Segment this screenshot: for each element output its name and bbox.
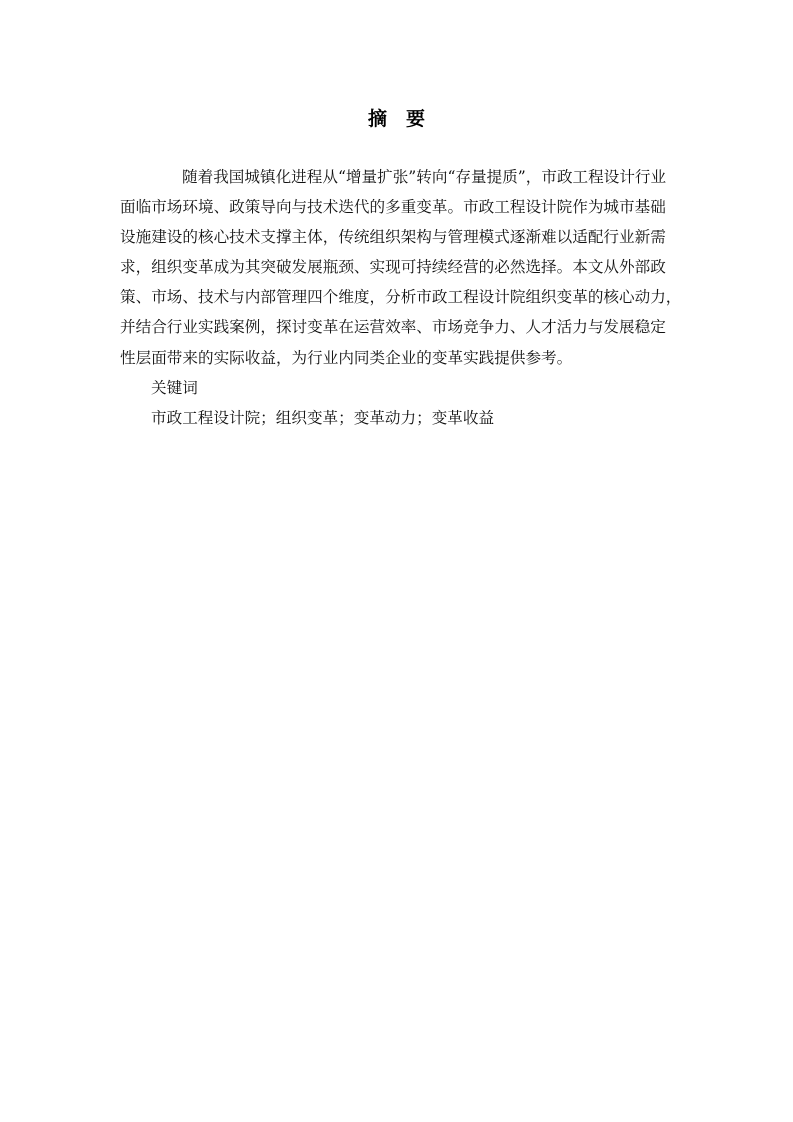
title-char-2: 要	[406, 104, 425, 131]
abstract-line-6: 并结合行业实践案例，探讨变革在运营效率、市场竞争力、人才活力与发展稳定	[120, 312, 685, 342]
abstract-title: 摘要	[0, 104, 793, 131]
abstract-line-4: 求，组织变革成为其突破发展瓶颈、实现可持续经营的必然选择。本文从外部政	[120, 252, 685, 282]
abstract-line-2: 面临市场环境、政策导向与技术迭代的多重变革。市政工程设计院作为城市基础	[120, 192, 685, 222]
abstract-line-7: 性层面带来的实际收益，为行业内同类企业的变革实践提供参考。	[120, 343, 685, 373]
keywords-label: 关键词	[120, 373, 685, 403]
keywords-list: 市政工程设计院；组织变革；变革动力；变革收益	[120, 403, 685, 433]
abstract-body: 随着我国城镇化进程从“增量扩张”转向“存量提质”，市政工程设计行业 面临市场环境…	[120, 162, 685, 433]
abstract-line-3: 设施建设的核心技术支撑主体，传统组织架构与管理模式逐渐难以适配行业新需	[120, 222, 685, 252]
abstract-line-5: 策、市场、技术与内部管理四个维度，分析市政工程设计院组织变革的核心动力，	[120, 282, 685, 312]
abstract-line-1: 随着我国城镇化进程从“增量扩张”转向“存量提质”，市政工程设计行业	[120, 162, 685, 192]
document-page: 摘要 随着我国城镇化进程从“增量扩张”转向“存量提质”，市政工程设计行业 面临市…	[0, 0, 793, 1122]
title-char-1: 摘	[368, 104, 387, 131]
